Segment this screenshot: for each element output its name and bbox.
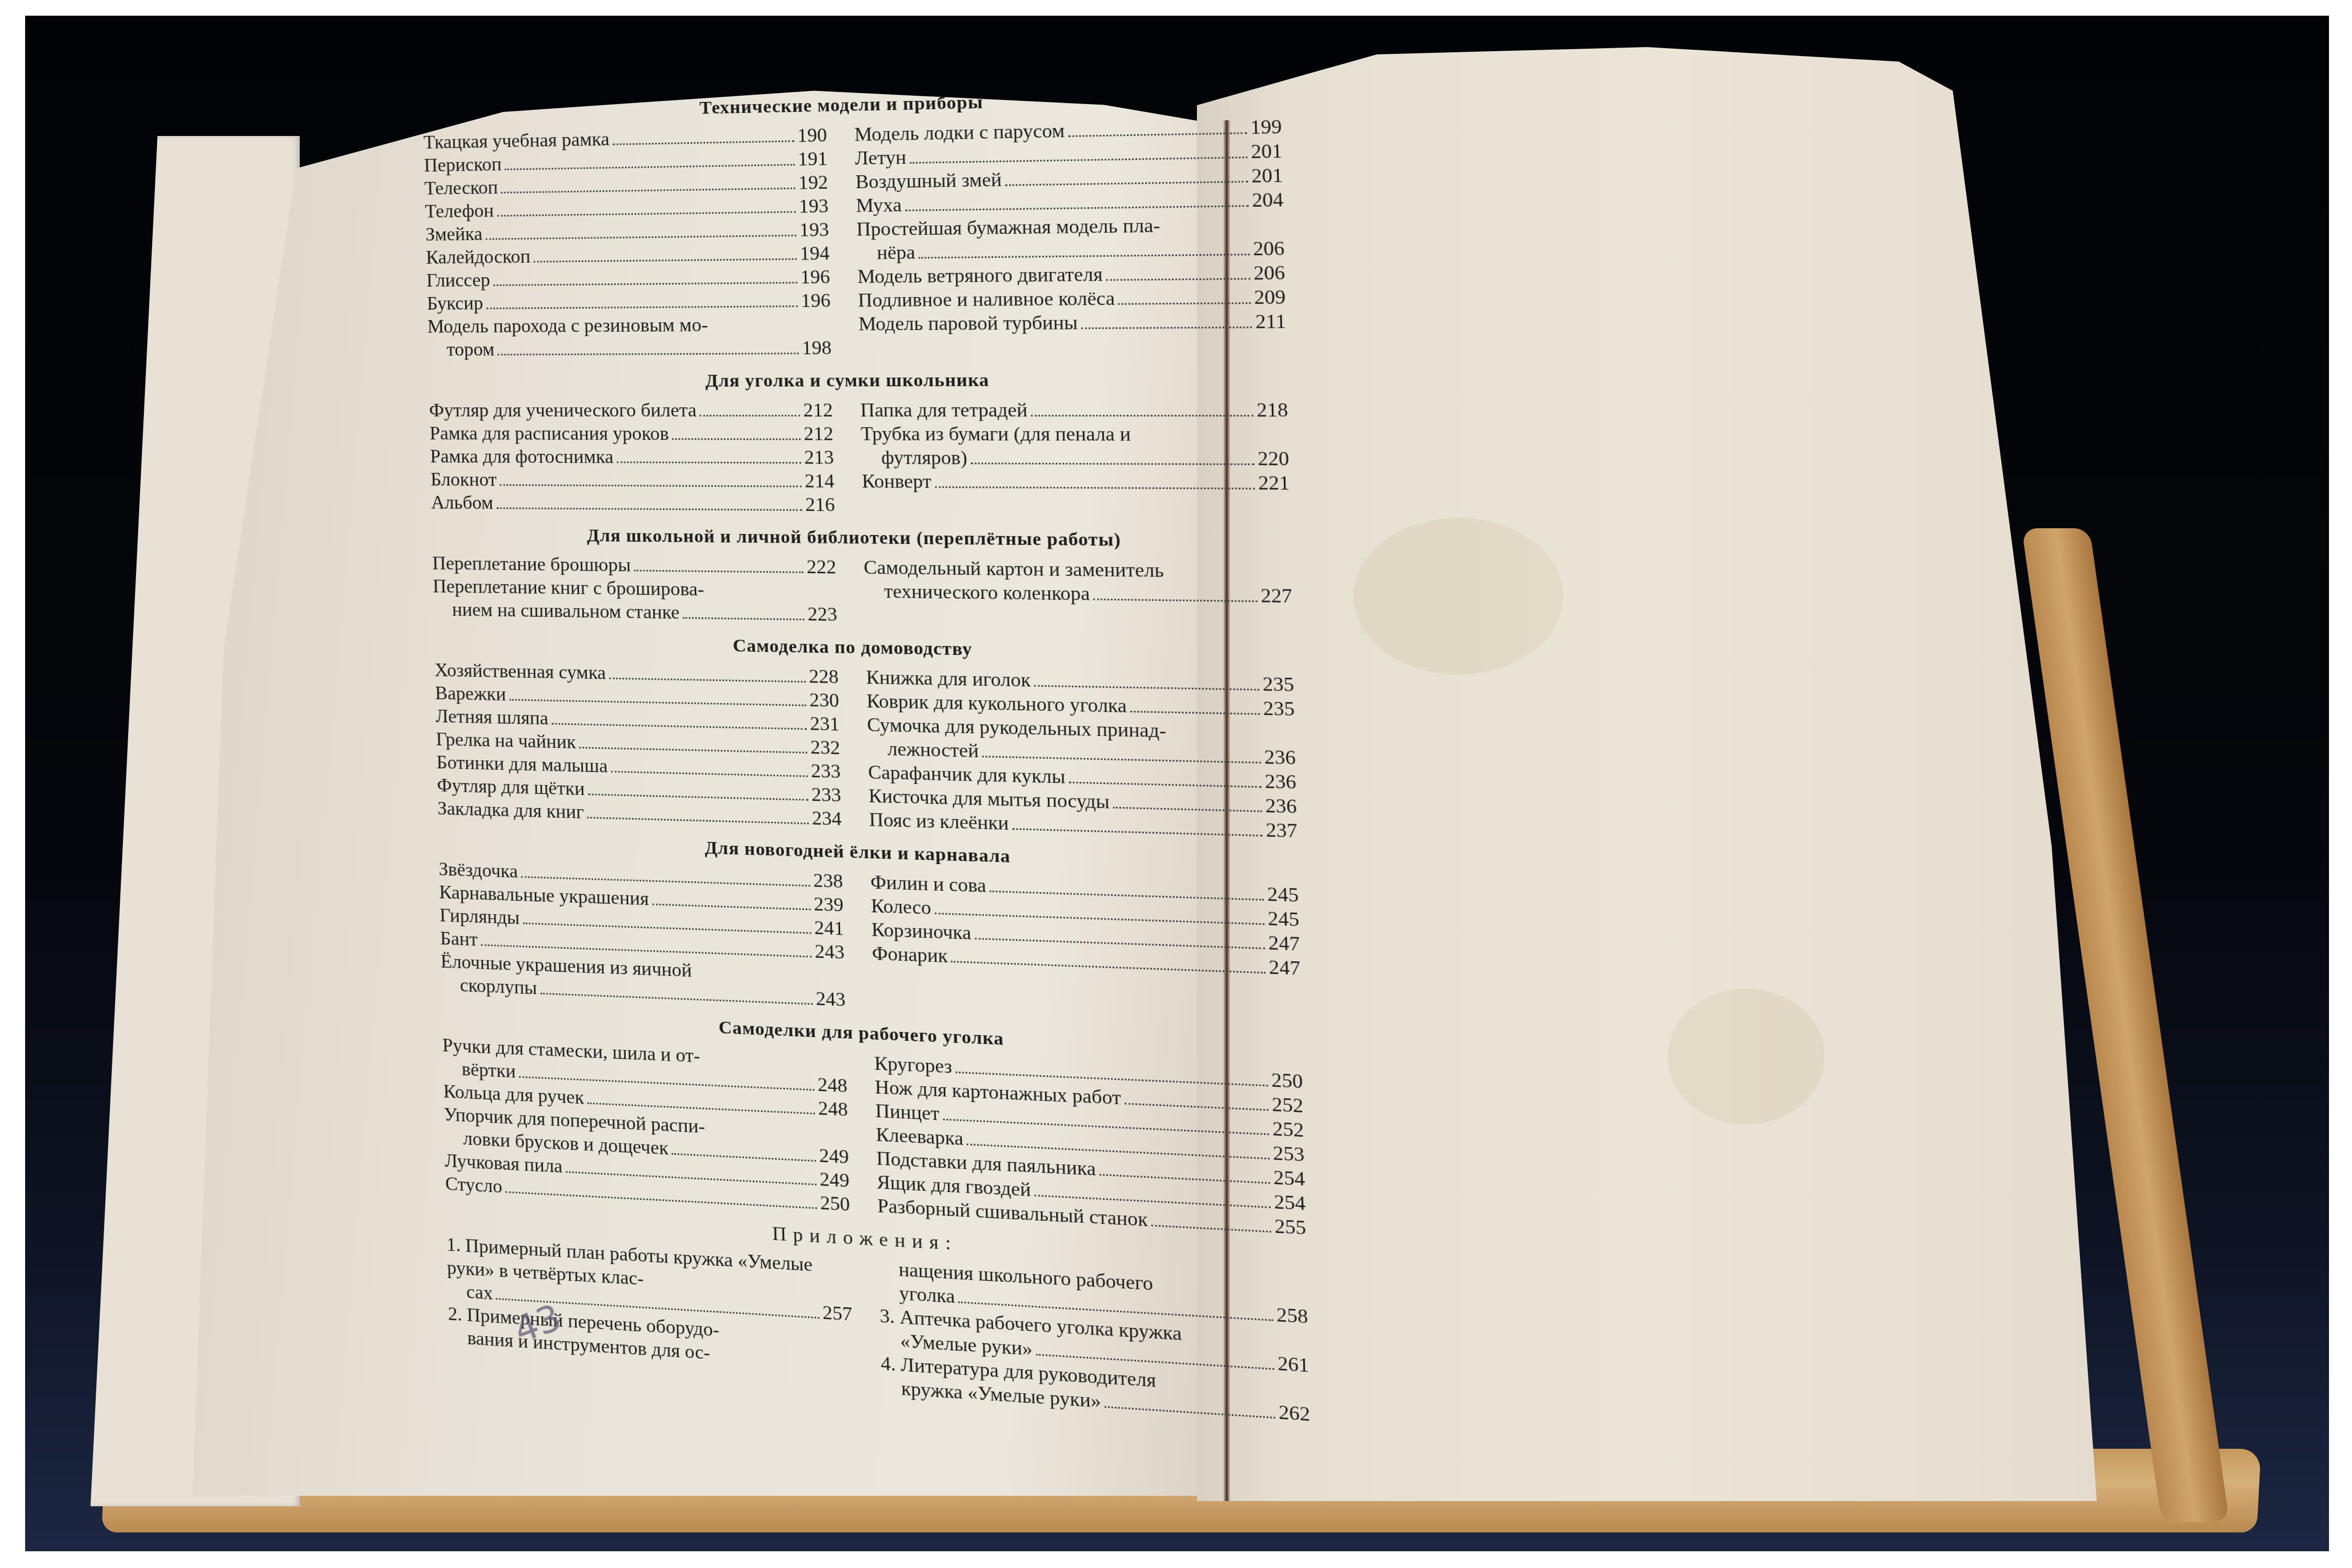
toc-entry: Альбом216 bbox=[431, 491, 835, 516]
toc-entry: Модель паровой турбины211 bbox=[858, 309, 1286, 336]
left-column: 1. Примерный план работы кружка «Умелые … bbox=[446, 1233, 854, 1397]
right-column: Самодельный картон и заменитель техничес… bbox=[864, 555, 1293, 632]
photo-background: Технические модели и приборы Ткацкая уче… bbox=[25, 16, 2329, 1551]
section-entries: Ручки для стамески, шила и от- вёртки248… bbox=[442, 1033, 1306, 1240]
section-title: Для школьной и личной библиотеки (перепл… bbox=[432, 523, 1291, 554]
left-column: Звёздочка238 Карнавальные украшения239 Г… bbox=[438, 857, 845, 1012]
section-entries: Ткацкая учебная рамка190 Перископ191 Тел… bbox=[423, 115, 1287, 361]
left-column: Ткацкая учебная рамка190 Перископ191 Тел… bbox=[423, 123, 832, 361]
left-column: Переплетание брошюры222 Переплетание кни… bbox=[432, 551, 838, 626]
right-column: Филин и сова245 Колесо245 Корзиночка247 … bbox=[870, 870, 1302, 1029]
section-entries: Переплетание брошюры222 Переплетание кни… bbox=[432, 551, 1293, 632]
right-page-blank bbox=[1197, 47, 2097, 1501]
toc-entry-continuation: тором198 bbox=[428, 336, 832, 361]
toc-entry: Модель парохода с резиновым мо- bbox=[427, 312, 831, 338]
left-column: Ручки для стамески, шила и от- вёртки248… bbox=[442, 1033, 850, 1216]
section-entries: Хозяйственная сумка228 Варежки230 Летняя… bbox=[434, 658, 1297, 843]
left-column: Футляр для ученического билета212 Рамка … bbox=[429, 398, 835, 516]
left-column: Хозяйственная сумка228 Варежки230 Летняя… bbox=[434, 658, 842, 831]
toc-entry: Модель ветряного двигателя206 bbox=[857, 260, 1285, 288]
right-column: Папка для тетрадей218 Трубка из бумаги (… bbox=[860, 397, 1291, 519]
section-entries: Футляр для ученического билета212 Рамка … bbox=[429, 397, 1291, 519]
toc-entry: Буксир196 bbox=[427, 289, 831, 315]
toc-entry: Рамка для расписания уроков212 bbox=[429, 422, 834, 446]
toc-entry-continuation: технического коленкора227 bbox=[864, 579, 1293, 608]
toc-entry: Рамка для фотоснимка213 bbox=[430, 445, 834, 469]
toc-entry: Конверт221 bbox=[862, 469, 1290, 495]
right-column: Кругорез250 Нож для картонажных работ252… bbox=[874, 1051, 1306, 1240]
toc-entry: Калейдоскоп194 bbox=[426, 241, 830, 269]
table-of-contents: Технические модели и приборы Ткацкая уче… bbox=[423, 81, 1310, 1436]
toc-entry: Папка для тетрадей218 bbox=[860, 397, 1288, 422]
toc-entry: Блокнот214 bbox=[431, 468, 835, 493]
toc-entry: Футляр для ученического билета212 bbox=[429, 398, 833, 422]
toc-entry-continuation: нёра206 bbox=[857, 236, 1285, 265]
toc-entry: Трубка из бумаги (для пенала и bbox=[861, 422, 1289, 447]
right-column: нащения школьного рабочего уголка258 3. … bbox=[878, 1256, 1310, 1426]
right-column: Модель лодки с парусом199 Летун201 Возду… bbox=[854, 115, 1287, 359]
toc-entry: Глиссер196 bbox=[426, 265, 830, 292]
right-column: Книжка для иголок235 Коврик для кукольно… bbox=[866, 665, 1297, 843]
section-entries: Звёздочка238 Карнавальные украшения239 Г… bbox=[438, 857, 1302, 1029]
toc-entry-continuation: нием на сшивальном станке223 bbox=[433, 597, 838, 626]
section-title: Для уголка и сумки школьника bbox=[428, 368, 1288, 393]
toc-entry-continuation: футляров)220 bbox=[861, 446, 1290, 471]
toc-entry: Подливное и наливное колёса209 bbox=[858, 285, 1286, 312]
